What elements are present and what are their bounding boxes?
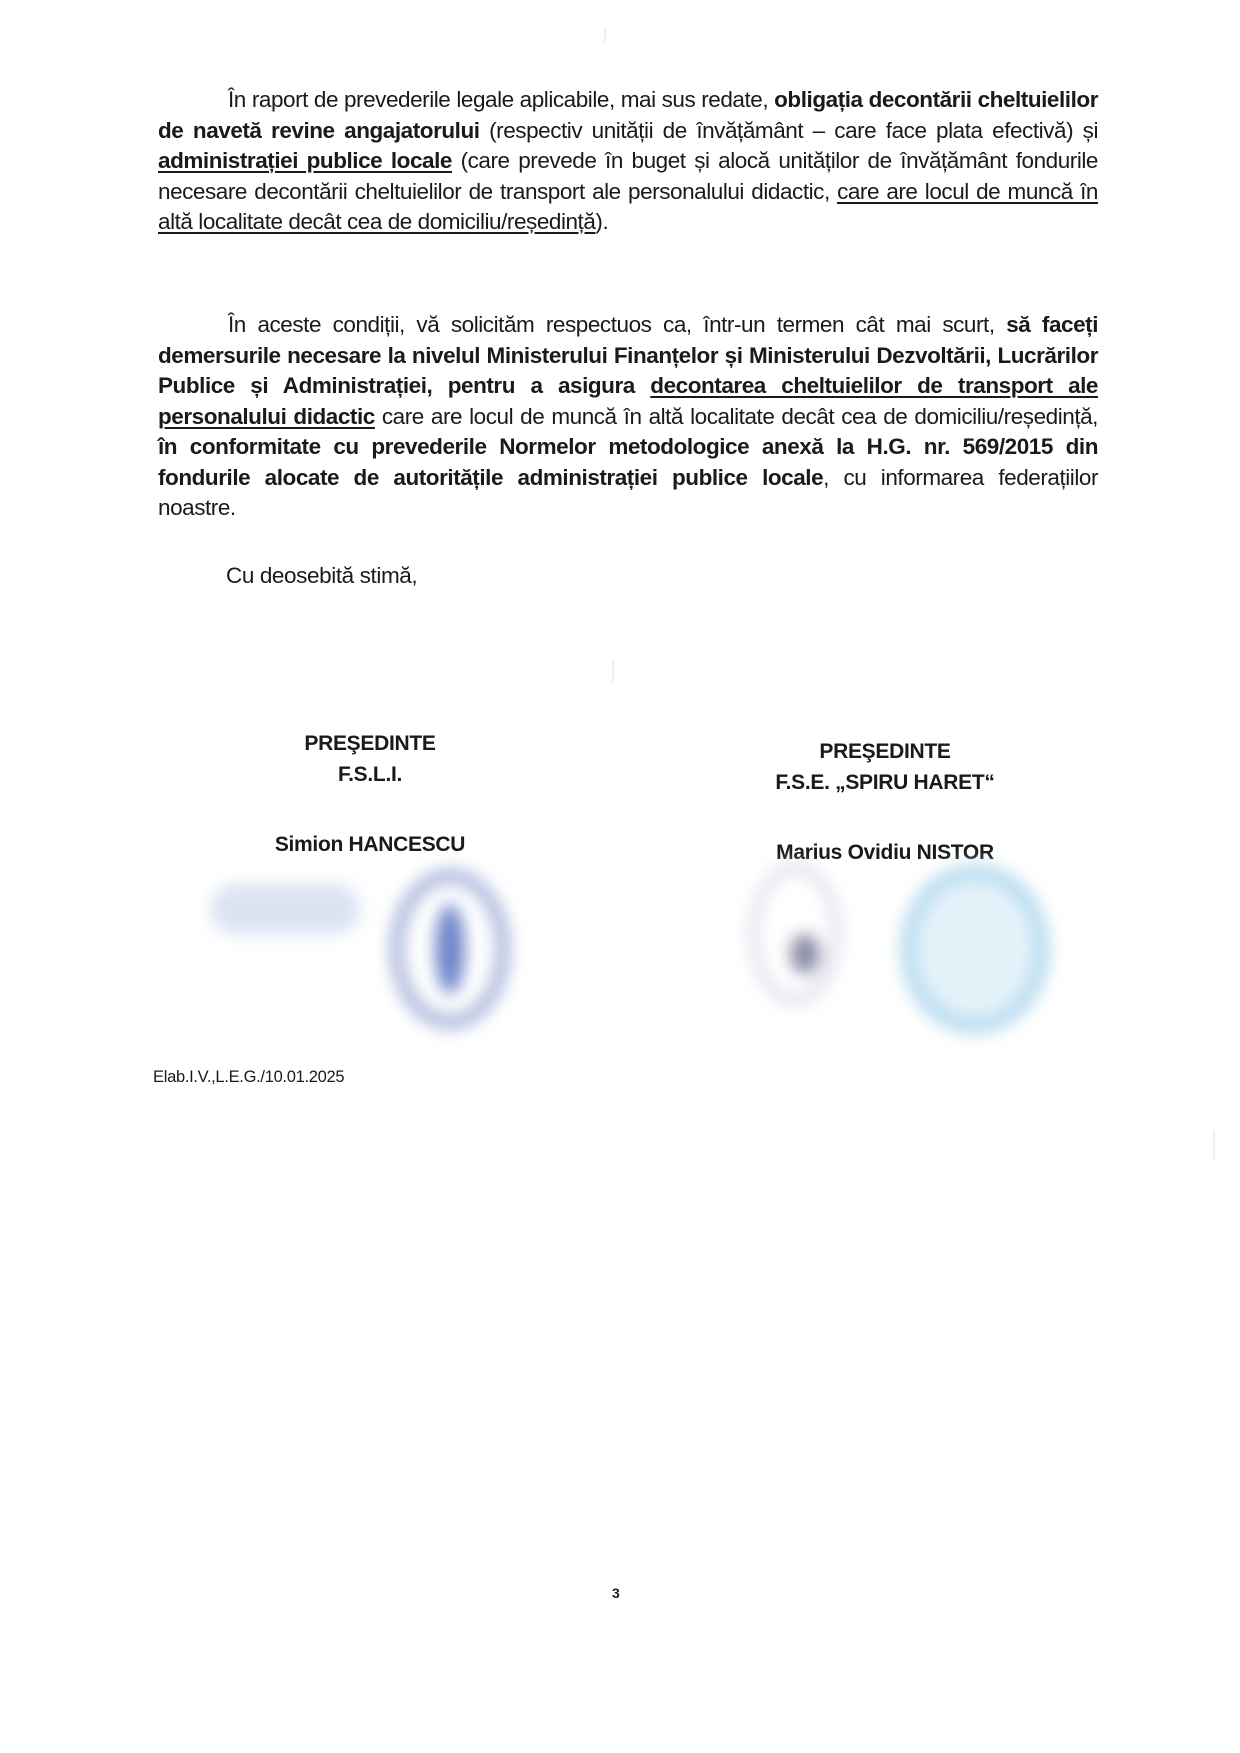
page-number: 3 <box>612 1585 620 1601</box>
stamp-icon <box>900 864 1050 1034</box>
stamp-center-icon <box>435 904 465 994</box>
signatory-organization: F.S.L.I. <box>220 759 520 790</box>
footer-reference: Elab.I.V.,L.E.G./10.01.2025 <box>153 1068 344 1087</box>
p2-text-1: În aceste condiții, vă solicităm respect… <box>228 312 1006 337</box>
p1-text-4: ). <box>595 209 608 234</box>
signatory-name: Simion HANCESCU <box>220 829 520 860</box>
closing-salutation: Cu deosebită stimă, <box>226 563 417 589</box>
stamp-icon <box>210 884 360 934</box>
signature-mark-icon <box>790 934 820 974</box>
scan-artifact-right <box>1213 1130 1215 1160</box>
signatory-organization: F.S.E. „SPIRU HARET“ <box>700 767 1070 798</box>
paragraph-request: În aceste condiții, vă solicităm respect… <box>158 310 1098 524</box>
p1-text-1: În raport de prevederile legale aplicabi… <box>228 87 774 112</box>
scan-artifact-top <box>604 28 606 42</box>
signature-block-spiru-haret: PREŞEDINTE F.S.E. „SPIRU HARET“ Marius O… <box>700 736 1070 868</box>
p1-bold-underline-administration: administrației publice locale <box>158 148 452 173</box>
p1-text-2: (respectiv unității de învățământ – care… <box>480 118 1098 143</box>
scan-artifact-middle <box>612 660 614 682</box>
blurred-signature-stamp-right <box>720 864 1060 1034</box>
signature-block-fsli: PREŞEDINTE F.S.L.I. Simion HANCESCU <box>220 728 520 860</box>
p2-text-2: care are locul de muncă în altă localita… <box>375 404 1098 429</box>
signature-scribble-icon <box>750 864 840 1004</box>
signatory-title: PREŞEDINTE <box>220 728 520 759</box>
paragraph-legal-obligation: În raport de prevederile legale aplicabi… <box>158 85 1098 238</box>
signatory-title: PREŞEDINTE <box>700 736 1070 767</box>
blurred-signature-stamp-left <box>210 864 560 1034</box>
